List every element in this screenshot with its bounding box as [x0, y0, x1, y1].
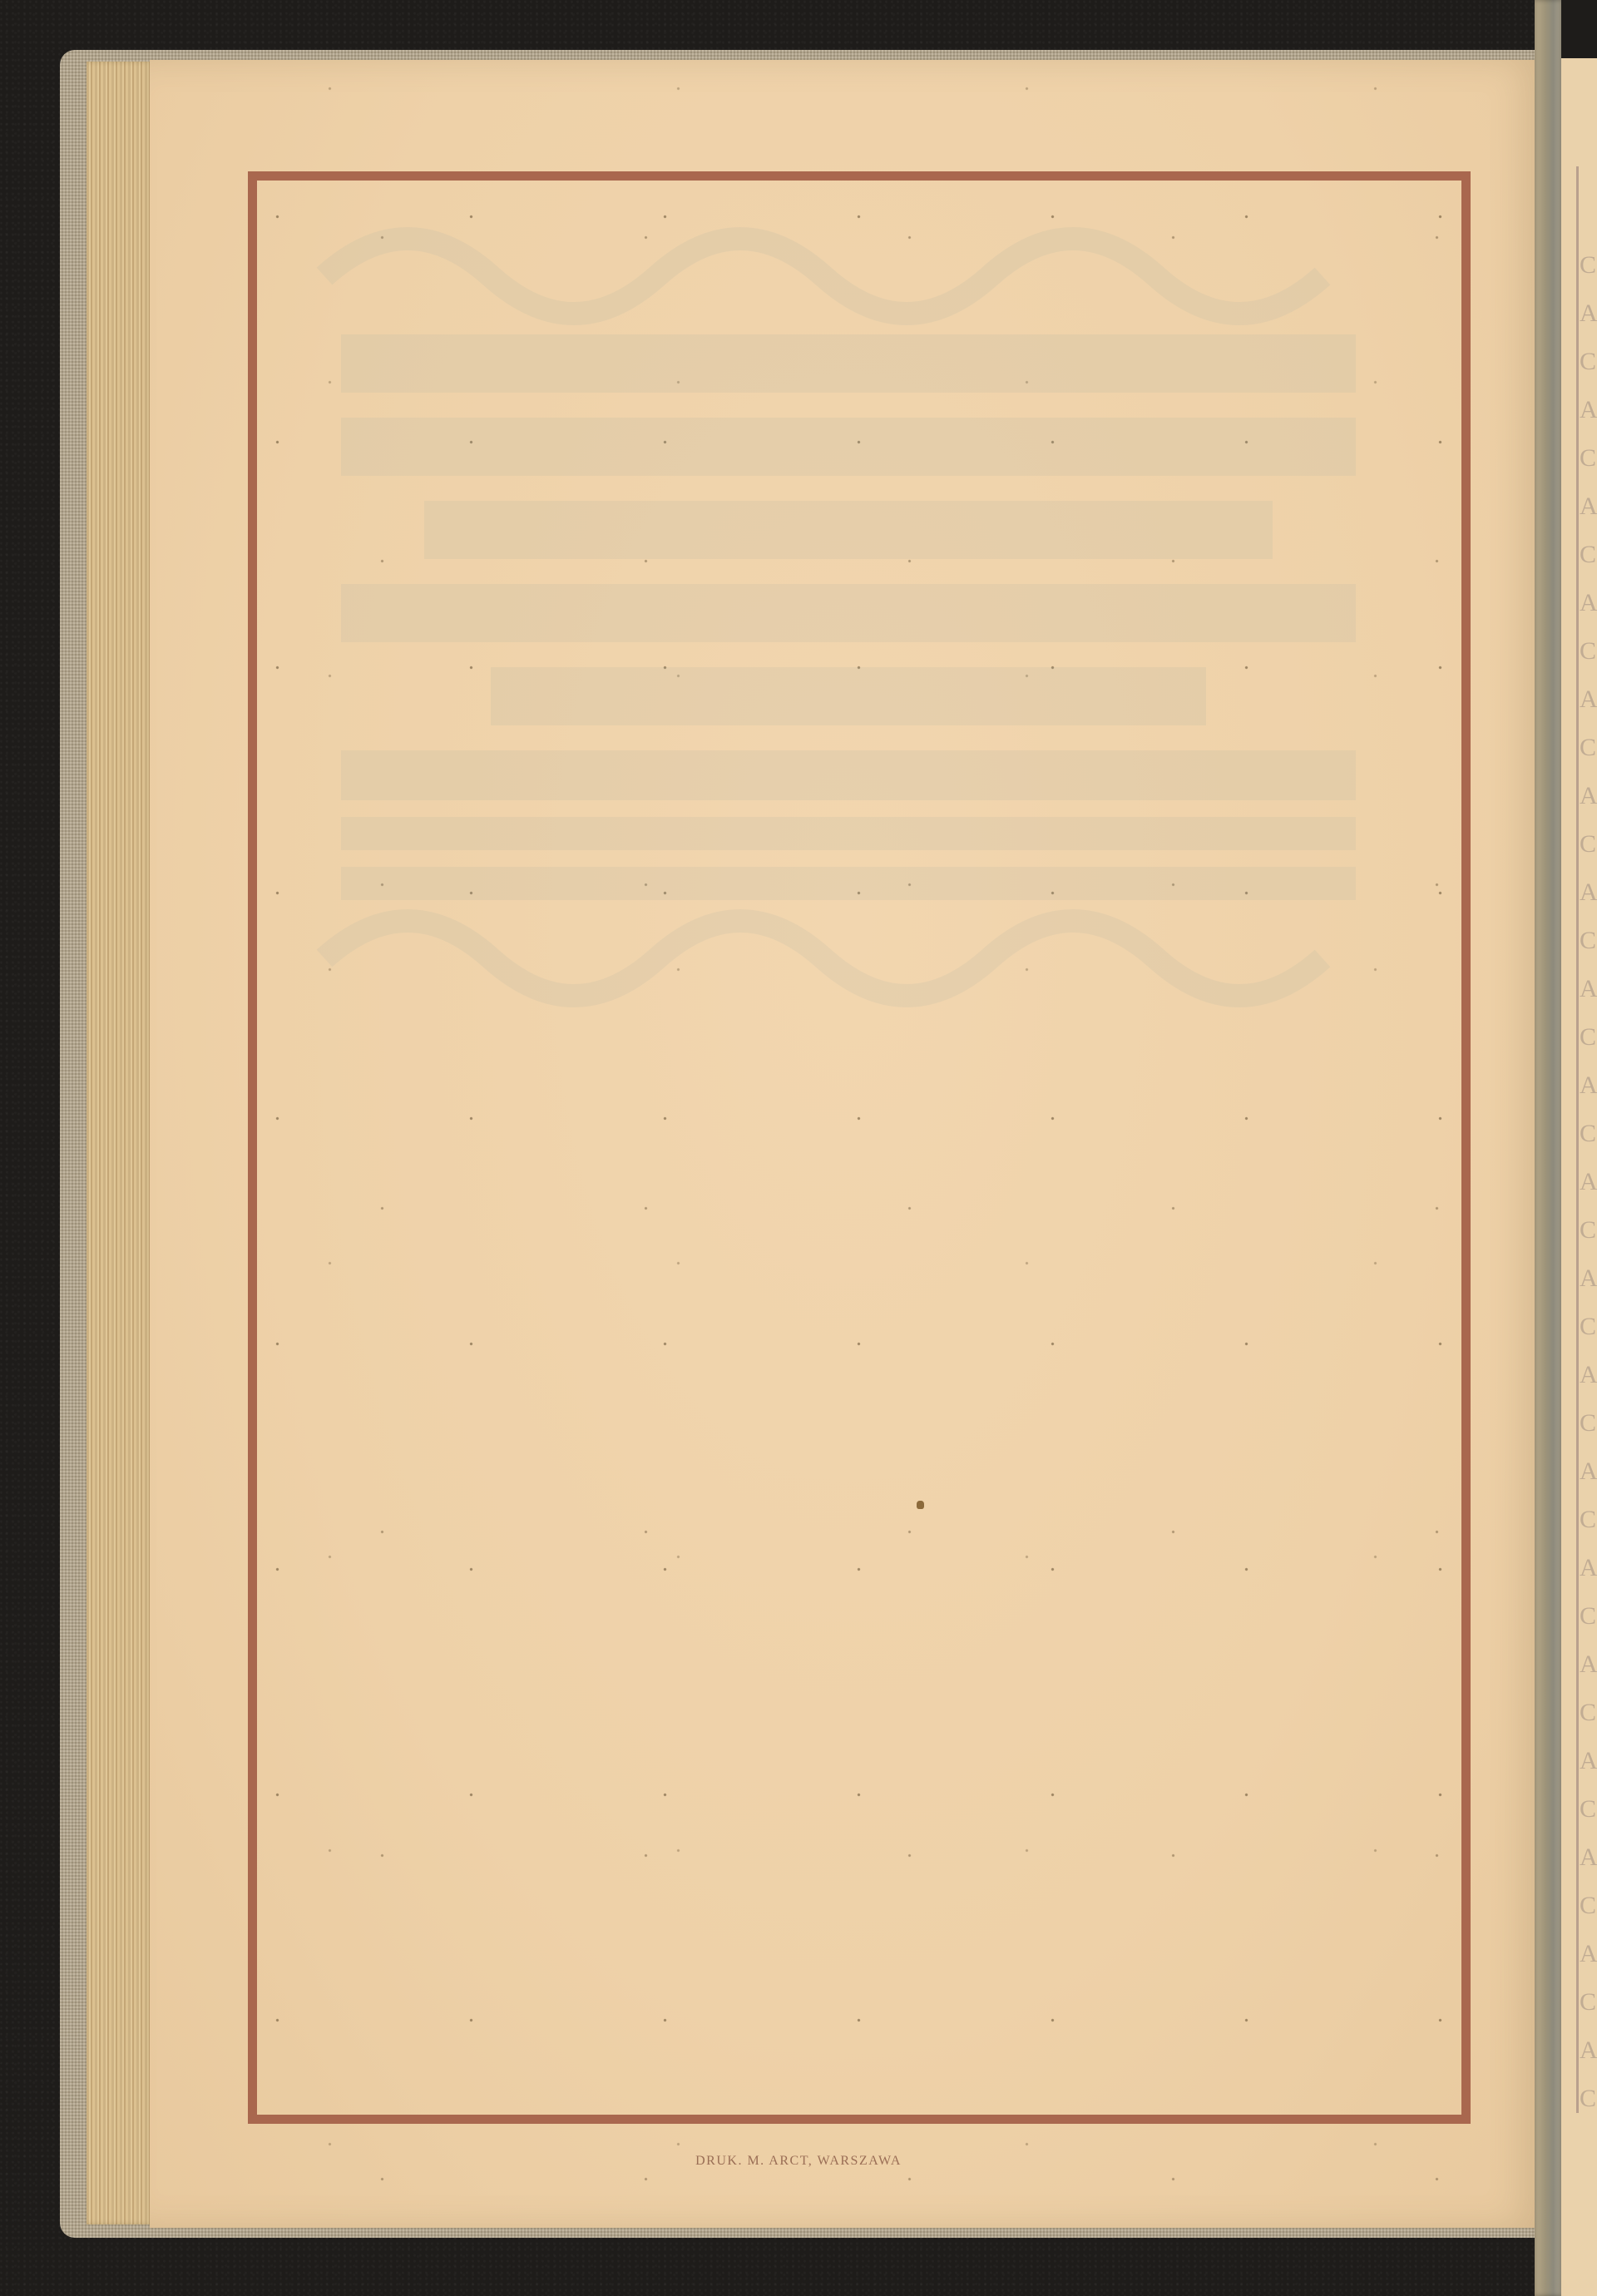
printer-imprint: DRUK. M. ARCT, WARSZAWA: [0, 2154, 1597, 2169]
page-edge-stack: [87, 62, 153, 2224]
binding-gutter: [1535, 0, 1561, 2296]
adjacent-page-ornament: C A C A C A C A C A C A C A C A C A C A …: [1580, 241, 1596, 2123]
adjacent-page-sliver: C A C A C A C A C A C A C A C A C A C A …: [1561, 58, 1597, 2296]
scan-background-corner: [1561, 0, 1597, 58]
decorative-frame-border: [248, 171, 1471, 2124]
